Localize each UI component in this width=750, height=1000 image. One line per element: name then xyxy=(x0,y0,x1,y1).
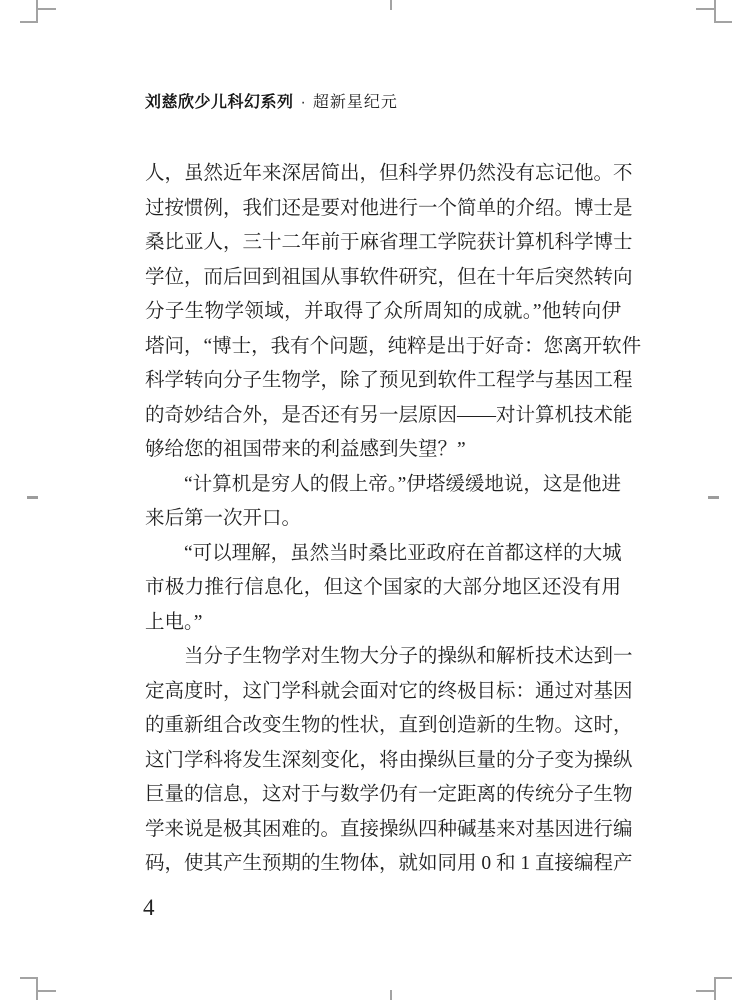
center-tick-top xyxy=(390,0,392,10)
edge-dash-left xyxy=(27,496,38,499)
separator-dot: · xyxy=(301,94,306,111)
text-line: “计算机是穷人的假上帝。”伊塔缓缓地说，这是他进 xyxy=(145,468,621,503)
text-line: 的重新组合改变生物的性状，直到创造新的生物。这时， xyxy=(145,709,621,744)
text-line: 巨量的信息，这对于与数学仍有一定距离的传统分子生物 xyxy=(145,778,621,813)
crop-mark-top-left xyxy=(36,8,56,10)
text-line: “可以理解，虽然当时桑比亚政府在首都这样的大城 xyxy=(145,537,621,572)
center-tick-bottom xyxy=(390,990,392,1000)
body-text: 人，虽然近年来深居简出，但科学界仍然没有忘记他。不过按惯例，我们还是要对他进行一… xyxy=(145,157,621,882)
crop-mark-top-right xyxy=(714,21,732,23)
text-line: 来后第一次开口。 xyxy=(145,502,621,537)
text-line: 塔问，“博士，我有个问题，纯粹是出于好奇：您离开软件 xyxy=(145,330,621,365)
series-title: 刘慈欣少儿科幻系列 xyxy=(145,94,294,111)
text-line: 科学转向分子生物学，除了预见到软件工程学与基因工程 xyxy=(145,364,621,399)
crop-mark-bottom-right xyxy=(696,990,716,992)
text-line: 学位，而后回到祖国从事软件研究，但在十年后突然转向 xyxy=(145,261,621,296)
text-line: 过按惯例，我们还是要对他进行一个简单的介绍。博士是 xyxy=(145,192,621,227)
crop-mark-bottom-right xyxy=(714,977,732,979)
running-header: 刘慈欣少儿科幻系列·超新星纪元 xyxy=(145,92,398,114)
edge-dash-right xyxy=(708,496,719,499)
text-line: 够给您的祖国带来的利益感到失望？” xyxy=(145,433,621,468)
text-line: 市极力推行信息化，但这个国家的大部分地区还没有用 xyxy=(145,571,621,606)
text-line: 人，虽然近年来深居简出，但科学界仍然没有忘记他。不 xyxy=(145,157,621,192)
crop-mark-top-right xyxy=(696,8,716,10)
crop-mark-bottom-right xyxy=(714,977,716,1000)
page-number: 4 xyxy=(143,893,155,923)
text-line: 上电。” xyxy=(145,606,621,641)
text-line: 分子生物学领域，并取得了众所周知的成就。”他转向伊 xyxy=(145,295,621,330)
text-line: 这门学科将发生深刻变化，将由操纵巨量的分子变为操纵 xyxy=(145,744,621,779)
crop-mark-bottom-left xyxy=(20,977,38,979)
text-line: 的奇妙结合外，是否还有另一层原因——对计算机技术能 xyxy=(145,399,621,434)
crop-mark-top-right xyxy=(714,0,716,23)
text-line: 学来说是极其困难的。直接操纵四种碱基来对基因进行编 xyxy=(145,813,621,848)
crop-mark-bottom-left xyxy=(36,990,56,992)
book-page: 刘慈欣少儿科幻系列·超新星纪元 人，虽然近年来深居简出，但科学界仍然没有忘记他。… xyxy=(0,0,750,1000)
text-line: 桑比亚人，三十二年前于麻省理工学院获计算机科学博士 xyxy=(145,226,621,261)
crop-mark-bottom-left xyxy=(36,977,38,1000)
text-line: 定高度时，这门学科就会面对它的终极目标：通过对基因 xyxy=(145,675,621,710)
crop-mark-top-left xyxy=(36,0,38,23)
crop-mark-top-left xyxy=(20,21,38,23)
book-title: 超新星纪元 xyxy=(313,94,398,111)
text-line: 当分子生物学对生物大分子的操纵和解析技术达到一 xyxy=(145,640,621,675)
text-line: 码，使其产生预期的生物体，就如同用 0 和 1 直接编程产 xyxy=(145,847,621,882)
